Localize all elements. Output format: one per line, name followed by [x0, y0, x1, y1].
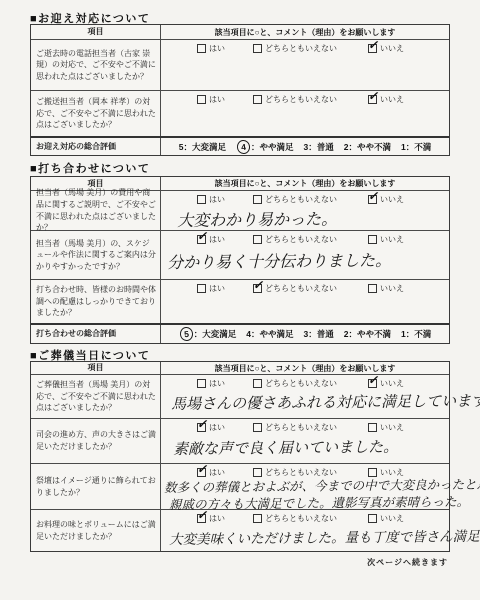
option-label: はい: [209, 194, 225, 205]
checkbox-option-neutral: ✓どちらともいえない: [253, 283, 337, 294]
checkbox-option-no: いいえ: [368, 234, 404, 245]
table-row: 打ち合わせ時、皆様のお時間や体調への配慮はしっかりできておりましたか？ はい ✓…: [31, 279, 449, 323]
answer-cell: はい どちらともいえない ✓いいえ: [161, 40, 449, 90]
header-item-cell: 項目: [31, 25, 161, 39]
rating-scale: 5：大変満足 4：やや満足 3：普通 2：やや不満 1：不満: [161, 325, 449, 343]
checkbox-icon: ✓: [197, 468, 206, 477]
handwritten-comment: 馬場さんの優さあふれる対応に満足しています。: [171, 390, 480, 414]
check-mark-icon: ✓: [197, 418, 207, 430]
funeral-day-table: 項目 該当項目に○と、コメント（理由）をお願いします ご葬儀担当者（馬場 美月）…: [30, 361, 450, 552]
question-cell: 打ち合わせ時、皆様のお時間や体調への配慮はしっかりできておりましたか？: [31, 280, 161, 323]
pickup-table: 項目 該当項目に○と、コメント（理由）をお願いします ご逝去時の電話担当者（古家…: [30, 24, 450, 156]
checkbox-option-neutral: どちらともいえない: [253, 467, 337, 478]
checkbox-option-yes: はい: [197, 194, 225, 205]
checkbox-icon: [253, 423, 262, 432]
checkbox-option-neutral: どちらともいえない: [253, 194, 337, 205]
table-row: ご葬儀担当者（馬場 美月）の対応で、ご不安やご不満に思われた点はございましたか？…: [31, 374, 449, 418]
question-cell: 司会の進め方、声の大きさはご満足いただけましたか？: [31, 419, 161, 463]
checkbox-group: はい どちらともいえない ✓いいえ: [161, 378, 480, 390]
option-label: はい: [209, 378, 225, 389]
checkbox-option-yes: ✓はい: [197, 513, 225, 524]
checkbox-icon: [197, 379, 206, 388]
checkbox-option-no: いいえ: [368, 422, 404, 433]
continue-note: 次ページへ続きます: [367, 557, 448, 568]
checkbox-group: はい どちらともいえない ✓いいえ: [161, 94, 449, 106]
checkbox-icon: [253, 468, 262, 477]
checkbox-option-yes: はい: [197, 283, 225, 294]
option-label: いいえ: [380, 94, 404, 105]
total-rating-row: 打ち合わせの総合評価 5：大変満足 4：やや満足 3：普通 2：やや不満 1：不…: [31, 323, 449, 343]
check-mark-icon: ✓: [197, 230, 207, 242]
checkbox-icon: ✓: [197, 235, 206, 244]
check-mark-icon: ✓: [368, 39, 378, 51]
checkbox-icon: [368, 235, 377, 244]
checkbox-icon: [253, 195, 262, 204]
meeting-table: 項目 該当項目に○と、コメント（理由）をお願いします 担当者（馬場 美月）の費用…: [30, 176, 450, 344]
checkbox-icon: [368, 468, 377, 477]
option-label: はい: [209, 283, 225, 294]
checkbox-icon: [197, 44, 206, 53]
check-mark-icon: ✓: [368, 190, 378, 202]
checkbox-option-no: いいえ: [368, 513, 404, 524]
question-cell: ご逝去時の電話担当者（古家 崇規）の対応で、ご不安やご不満に思われた点はございま…: [31, 40, 161, 90]
rating-cell: 5：大変満足 4：やや満足 3：普通 2：やや不満 1：不満: [161, 138, 449, 155]
rating-item: 1：不満: [401, 141, 431, 153]
option-label: はい: [209, 234, 225, 245]
answer-cell: はい どちらともいえない ✓いいえ: [161, 91, 449, 136]
checkbox-option-neutral: どちらともいえない: [253, 234, 337, 245]
rating-circle: 4: [236, 139, 250, 154]
checkbox-icon: ✓: [197, 514, 206, 523]
checkbox-group: はい どちらともいえない ✓いいえ: [161, 194, 449, 206]
table-row: 祭壇はイメージ通りに飾られておりましたか？ ✓はい どちらともいえない いいえ …: [31, 463, 449, 509]
option-label: いいえ: [380, 378, 404, 389]
checkbox-icon: [368, 514, 377, 523]
question-cell: お料理の味とボリュームにはご満足いただけましたか？: [31, 510, 161, 551]
header-request-cell: 該当項目に○と、コメント（理由）をお願いします: [161, 177, 449, 190]
question-cell: 担当者（馬場 美月）の費用や商品に関するご説明で、ご不安やご不満に思われた点はご…: [31, 191, 161, 230]
checkbox-icon: [253, 95, 262, 104]
checkbox-option-no: ✓いいえ: [368, 378, 404, 389]
option-label: はい: [209, 467, 225, 478]
table-row: 担当者（馬場 美月）の費用や商品に関するご説明で、ご不安やご不満に思われた点はご…: [31, 190, 449, 230]
question-cell: ご葬儀担当者（馬場 美月）の対応で、ご不安やご不満に思われた点はございましたか？: [31, 375, 161, 418]
option-label: どちらともいえない: [265, 194, 337, 205]
rating-item-circled: 5：大変満足: [179, 327, 237, 341]
checkbox-option-neutral: どちらともいえない: [253, 43, 337, 54]
question-cell: 祭壇はイメージ通りに飾られておりましたか？: [31, 464, 161, 509]
header-request-cell: 該当項目に○と、コメント（理由）をお願いします: [161, 362, 449, 374]
check-mark-icon: ✓: [368, 374, 378, 386]
checkbox-option-neutral: どちらともいえない: [253, 94, 337, 105]
check-mark-icon: ✓: [197, 509, 207, 521]
table-row: 担当者（馬場 美月）の、スケジュールや作法に関するご案内は分かりやすかったですか…: [31, 230, 449, 279]
rating-cell: 5：大変満足 4：やや満足 3：普通 2：やや不満 1：不満: [161, 325, 449, 343]
checkbox-option-yes: はい: [197, 378, 225, 389]
answer-cell: はい どちらともいえない ✓いいえ 馬場さんの優さあふれる対応に満足しています。: [161, 375, 480, 418]
section-heading-meeting: ■打ち合わせについて: [30, 160, 150, 176]
option-label: どちらともいえない: [265, 234, 337, 245]
table-row: お料理の味とボリュームにはご満足いただけましたか？ ✓はい どちらともいえない …: [31, 509, 449, 551]
rating-scale: 5：大変満足 4：やや満足 3：普通 2：やや不満 1：不満: [161, 138, 449, 155]
rating-item: 5：大変満足: [179, 141, 226, 153]
checkbox-option-neutral: どちらともいえない: [253, 513, 337, 524]
question-cell: ご搬送担当者（岡本 祥孝）の対応で、ご不安やご不満に思われた点はございましたか？: [31, 91, 161, 136]
checkbox-icon: ✓: [253, 284, 262, 293]
checkbox-icon: ✓: [197, 423, 206, 432]
rating-item: 3：普通: [304, 141, 334, 153]
checkbox-option-yes: ✓はい: [197, 234, 225, 245]
rating-item: 2：やや不満: [344, 141, 391, 153]
option-label: はい: [209, 513, 225, 524]
handwritten-comment: 大変美味くいただけました。量も丁度で皆さん満足でした。: [169, 524, 480, 548]
option-label: いいえ: [380, 43, 404, 54]
checkbox-icon: [253, 379, 262, 388]
checkbox-icon: [368, 423, 377, 432]
checkbox-icon: [253, 235, 262, 244]
checkbox-group: はい ✓どちらともいえない いいえ: [161, 283, 449, 295]
handwritten-comment: 大変わかり易かった。: [177, 205, 449, 231]
option-label: どちらともいえない: [265, 513, 337, 524]
option-label: いいえ: [380, 234, 404, 245]
total-rating-row: お迎え対応の総合評価 5：大変満足 4：やや満足 3：普通 2：やや不満 1：不…: [31, 136, 449, 155]
checkbox-option-yes: はい: [197, 43, 225, 54]
checkbox-icon: [253, 44, 262, 53]
checkbox-icon: ✓: [368, 379, 377, 388]
option-label: どちらともいえない: [265, 467, 337, 478]
option-label: どちらともいえない: [265, 378, 337, 389]
handwritten-comment: 素敵な声で良く届いていました。: [173, 435, 449, 459]
question-cell: 担当者（馬場 美月）の、スケジュールや作法に関するご案内は分かりやすかったですか…: [31, 231, 161, 279]
checkbox-option-neutral: どちらともいえない: [253, 378, 337, 389]
option-label: はい: [209, 43, 225, 54]
answer-cell: はい ✓どちらともいえない いいえ: [161, 280, 449, 323]
checkbox-option-no: いいえ: [368, 283, 404, 294]
checkbox-group: ✓はい どちらともいえない いいえ: [161, 513, 480, 525]
header-item-cell: 項目: [31, 362, 161, 374]
checkbox-icon: ✓: [368, 95, 377, 104]
header-request-cell: 該当項目に○と、コメント（理由）をお願いします: [161, 25, 449, 39]
option-label: はい: [209, 94, 225, 105]
rating-item: 4：やや満足: [246, 328, 293, 340]
answer-cell: ✓はい どちらともいえない いいえ 大変美味くいただけました。量も丁度で皆さん満…: [161, 510, 480, 551]
answer-cell: ✓はい どちらともいえない いいえ 素敵な声で良く届いていました。: [161, 419, 449, 463]
rating-circle: 5: [179, 326, 193, 341]
checkbox-option-no: ✓いいえ: [368, 43, 404, 54]
checkbox-option-yes: ✓はい: [197, 422, 225, 433]
table-header-row: 項目 該当項目に○と、コメント（理由）をお願いします: [31, 25, 449, 39]
checkbox-group: ✓はい どちらともいえない いいえ: [161, 422, 449, 434]
answer-cell: はい どちらともいえない ✓いいえ 大変わかり易かった。: [161, 191, 449, 230]
checkbox-option-no: いいえ: [368, 467, 404, 478]
rating-item: 3：普通: [304, 328, 334, 340]
total-label-cell: お迎え対応の総合評価: [31, 138, 161, 155]
option-label: どちらともいえない: [265, 422, 337, 433]
option-label: どちらともいえない: [265, 43, 337, 54]
check-mark-icon: ✓: [253, 279, 263, 291]
checkbox-icon: ✓: [368, 195, 377, 204]
option-label: いいえ: [380, 194, 404, 205]
rating-item: 2：やや不満: [344, 328, 391, 340]
checkbox-icon: [197, 95, 206, 104]
option-label: いいえ: [380, 422, 404, 433]
checkbox-group: ✓はい どちらともいえない いいえ: [161, 234, 449, 246]
checkbox-icon: [368, 284, 377, 293]
checkbox-option-neutral: どちらともいえない: [253, 422, 337, 433]
check-mark-icon: ✓: [368, 90, 378, 102]
checkbox-icon: [197, 195, 206, 204]
handwritten-comment: 分かり易く十分伝わりました。: [167, 247, 449, 273]
rating-item: 1：不満: [401, 328, 431, 340]
checkbox-option-no: ✓いいえ: [368, 94, 404, 105]
table-row: ご搬送担当者（岡本 祥孝）の対応で、ご不安やご不満に思われた点はございましたか？…: [31, 90, 449, 136]
option-label: いいえ: [380, 283, 404, 294]
table-row: 司会の進め方、声の大きさはご満足いただけましたか？ ✓はい どちらともいえない …: [31, 418, 449, 463]
scanned-survey-page: ■お迎え対応について 項目 該当項目に○と、コメント（理由）をお願いします ご逝…: [0, 0, 480, 600]
checkbox-icon: [197, 284, 206, 293]
checkbox-icon: ✓: [368, 44, 377, 53]
checkbox-group: はい どちらともいえない ✓いいえ: [161, 43, 449, 55]
table-header-row: 項目 該当項目に○と、コメント（理由）をお願いします: [31, 362, 449, 374]
option-label: いいえ: [380, 467, 404, 478]
answer-cell: ✓はい どちらともいえない いいえ 数多くの葬儀とおよぶが、今までの中で大変良か…: [161, 464, 480, 509]
checkbox-option-no: ✓いいえ: [368, 194, 404, 205]
option-label: はい: [209, 422, 225, 433]
rating-item-circled: 4：やや満足: [236, 140, 294, 154]
checkbox-option-yes: はい: [197, 94, 225, 105]
option-label: どちらともいえない: [265, 283, 337, 294]
check-mark-icon: ✓: [197, 463, 207, 475]
option-label: いいえ: [380, 513, 404, 524]
checkbox-icon: [253, 514, 262, 523]
checkbox-option-yes: ✓はい: [197, 467, 225, 478]
table-row: ご逝去時の電話担当者（古家 崇規）の対応で、ご不安やご不満に思われた点はございま…: [31, 39, 449, 90]
total-label-cell: 打ち合わせの総合評価: [31, 325, 161, 343]
answer-cell: ✓はい どちらともいえない いいえ 分かり易く十分伝わりました。: [161, 231, 449, 279]
option-label: どちらともいえない: [265, 94, 337, 105]
